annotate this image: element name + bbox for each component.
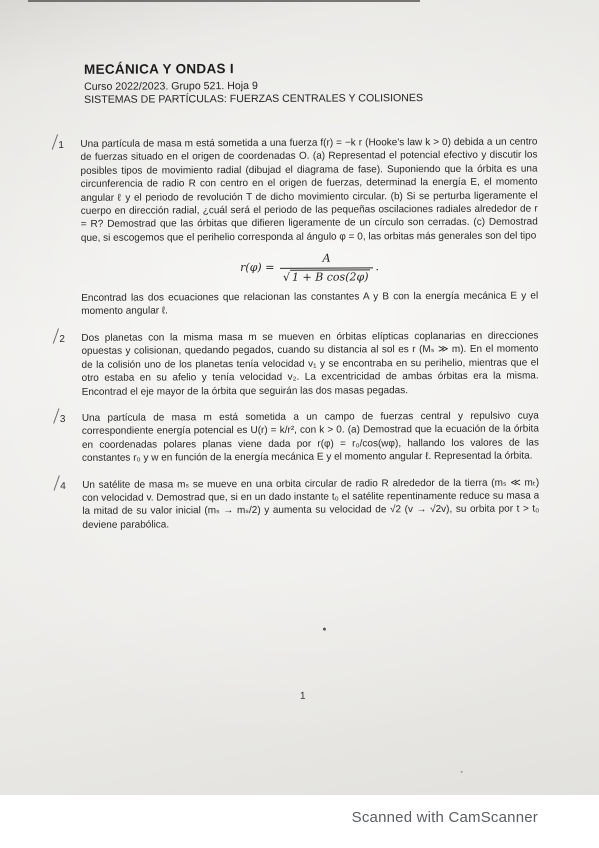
problem-list: 1 Una partícula de masa m está sometida …: [80, 136, 539, 533]
handwritten-tick-mark: [53, 408, 60, 423]
problem-3-text: Una partícula de masa m está sometida a …: [82, 410, 539, 464]
formula-radicand: 1 + B cos(2φ): [290, 269, 371, 283]
document-header: MECÁNICA Y ONDAS I Curso 2022/2023. Grup…: [84, 59, 544, 106]
problem-number-label: 4: [60, 481, 66, 492]
formula-trailing-period: .: [375, 260, 379, 273]
page-content: MECÁNICA Y ONDAS I Curso 2022/2023. Grup…: [0, 0, 599, 795]
radical-sign: √: [283, 270, 290, 283]
page-number: 1: [3, 689, 599, 703]
handwritten-tick-mark: [52, 134, 59, 149]
formula-numerator: A: [280, 252, 374, 268]
problem-2: 2 Dos planetas con la misma masa m se mu…: [81, 329, 538, 398]
problem-4-text: Un satélite de masa mₛ se mueve en una o…: [82, 477, 539, 531]
formula-fraction: A √1 + B cos(2φ): [280, 252, 374, 284]
problem-number-label: 3: [60, 414, 66, 425]
problem-number-label: 1: [58, 140, 64, 151]
document-subtitle: SISTEMAS DE PARTÍCULAS: FUERZAS CENTRALE…: [84, 91, 544, 106]
formula-denominator: √1 + B cos(2φ): [280, 267, 374, 284]
problem-1-text: Una partícula de masa m está sometida a …: [80, 137, 537, 244]
scanned-page: MECÁNICA Y ONDAS I Curso 2022/2023. Grup…: [0, 0, 599, 795]
handwritten-tick-mark: [53, 328, 60, 343]
problem-4: 4 Un satélite de masa mₛ se mueve en una…: [82, 476, 539, 532]
problem-3-number: 3: [60, 413, 76, 426]
problem-1-number: 1: [58, 139, 74, 152]
display-formula: r(φ) = A √1 + B cos(2φ) .: [81, 251, 538, 285]
problem-3: 3 Una partícula de masa m está sometida …: [82, 409, 539, 465]
formula-lhs: r(φ) =: [240, 261, 274, 274]
camscanner-footer-strip: Scanned with CamScanner: [0, 795, 599, 848]
problem-1-closing-text: Encontrad las dos ecuaciones que relacio…: [81, 290, 538, 319]
problem-2-text: Dos planetas con la misma masa m se muev…: [81, 330, 538, 397]
document-title: MECÁNICA Y ONDAS I: [84, 59, 544, 76]
problem-number-label: 2: [59, 334, 65, 345]
camscanner-credit-text: Scanned with CamScanner: [352, 809, 538, 826]
scan-artifact-speck: [461, 771, 463, 773]
problem-1: 1 Una partícula de masa m está sometida …: [80, 136, 538, 319]
handwritten-tick-mark: [53, 475, 60, 490]
problem-4-number: 4: [60, 479, 76, 492]
scan-artifact-speck: [323, 628, 326, 631]
problem-2-number: 2: [59, 333, 75, 346]
